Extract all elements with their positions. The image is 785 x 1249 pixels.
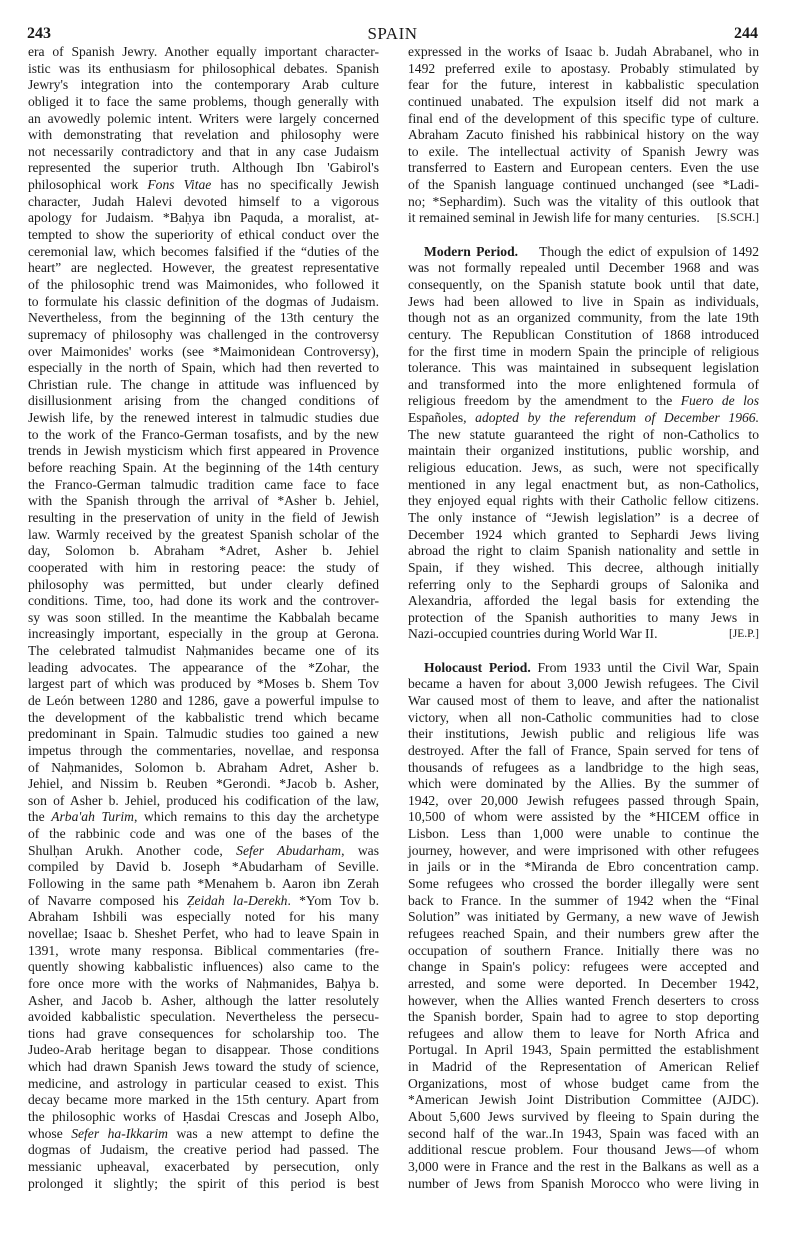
text-line: of Navarre composed his Ẓeidah la-Derekh… (28, 893, 379, 910)
text-line: Alexandria, afforded the legal basis for… (408, 593, 759, 610)
text-line: Jewry's integration into the contemporar… (28, 77, 379, 94)
text-line: apology for Judaism. *Baḥya ibn Paquda, … (28, 210, 379, 227)
text-line: victory, when all non-Catholic communiti… (408, 710, 759, 727)
text-line: with the Spanish through the arrival of … (28, 493, 379, 510)
text-line: 3,000 were in France and the rest in the… (408, 1159, 759, 1176)
text-line: before reaching Spain. At the beginning … (28, 460, 379, 477)
section-first-line: Holocaust Period. From 1933 until the Ci… (408, 660, 759, 677)
text-line: which were dominated by the Allies. By t… (408, 776, 759, 793)
text-line: December 1924 which granted to Sephardi … (408, 527, 759, 544)
text-line: change in Spain's policy: refugees were … (408, 959, 759, 976)
text-line: dogmas of Judaism, the creative period h… (28, 1142, 379, 1159)
text-line: no; *Sephardim). Such was the vitality o… (408, 194, 759, 211)
text-line: The new statute guaranteed the right of … (408, 427, 759, 444)
text-line: 10,500 of whom were assisted by the *HIC… (408, 809, 759, 826)
text-line: decay became more marked in the 15th cen… (28, 1092, 379, 1109)
text-line: century. The Republican Constitution of … (408, 327, 759, 344)
text-line: increasingly important, especially in th… (28, 626, 379, 643)
text-line: though not as an organized community, fr… (408, 310, 759, 327)
text-line: law. Warmly received by the greatest Spa… (28, 527, 379, 544)
text-line: with demonstrating that revelation and p… (28, 127, 379, 144)
text-line: was not formally repealed until December… (408, 260, 759, 277)
text-line: disillusionment arising from the changed… (28, 393, 379, 410)
text-line: The only instance of “Jewish legislation… (408, 510, 759, 527)
text-line: tolerance. This was maintained in subseq… (408, 360, 759, 377)
text-line: number of Jews from Spanish Morocco who … (408, 1176, 759, 1193)
text-line: however, when the Allies wanted French d… (408, 993, 759, 1010)
left-column: era of Spanish Jewry. Another equally im… (28, 44, 379, 1192)
text-line: philosophy was permitted, but under clea… (28, 577, 379, 594)
text-line: especially in the north of Spain, which … (28, 360, 379, 377)
text-line: expressed in the works of Isaac b. Judah… (408, 44, 759, 61)
italic-title: Fuero de los (681, 393, 759, 408)
author-signature: [S.SCH.] (717, 210, 759, 227)
text-line: medicine, and astrology in particular ce… (28, 1076, 379, 1093)
text-line: their institutions, Jewish public and re… (408, 726, 759, 743)
text-line: final end of the development of this spe… (408, 111, 759, 128)
text-line: over Maimonides' works (see *Maimonidean… (28, 344, 379, 361)
text-line: not necessarily contradictory and that i… (28, 144, 379, 161)
text-line: which had drawn Spanish Jews toward the … (28, 1059, 379, 1076)
text-line: 1391, wrote many responsa. Biblical comm… (28, 943, 379, 960)
text-line: the Franco-German talmudic tradition cam… (28, 477, 379, 494)
text-line: conditions. Time, too, had done its work… (28, 593, 379, 610)
text-line: arrested, and some were deported. In Dec… (408, 976, 759, 993)
text-line: cooperated with him in restoring peace: … (28, 560, 379, 577)
text-line: the Spanish border, Spain had to agree t… (408, 1009, 759, 1026)
text-line: Nazi-occupied countries during World War… (408, 626, 759, 643)
text-line: compiled by David b. Joseph *Abudarham o… (28, 859, 379, 876)
text-line: From 1933 until the Civil War, Spain (537, 660, 759, 675)
text-line: 1942, over 20,000 Jewish refugees passed… (408, 793, 759, 810)
text-line: fear for the future, interest in kabbali… (408, 77, 759, 94)
text-line: istic was its enthusiasm for philosophic… (28, 61, 379, 78)
text-line: era of Spanish Jewry. Another equally im… (28, 44, 379, 61)
text-line: to the work of the Franco-German tosafis… (28, 427, 379, 444)
italic-title: Sefer Abudarham (236, 843, 341, 858)
text-line: tempted to show the superiority of ethic… (28, 227, 379, 244)
text-line: avoided kabbalistic speculation. Neverth… (28, 1009, 379, 1026)
text-line: the Arba'ah Turim, which remains to this… (28, 809, 379, 826)
text-line: Organizations, most of whose budget came… (408, 1076, 759, 1093)
right-column: expressed in the works of Isaac b. Judah… (408, 44, 759, 1192)
italic-title: Fons Vitae (147, 177, 211, 192)
text-line: religious education. Jews, as such, were… (408, 460, 759, 477)
text-line: whose Sefer ha-Ikkarim was a new attempt… (28, 1126, 379, 1143)
text-line: Christian rule. The change in attitude w… (28, 377, 379, 394)
text-line: messianic upheaval, exacerbated by perse… (28, 1159, 379, 1176)
text-line: Shulḥan Arukh. Another code, Sefer Abuda… (28, 843, 379, 860)
text-line: day, Solomon b. Abraham *Adret, Asher b.… (28, 543, 379, 560)
text-line: for the first time in modern Spain the p… (408, 344, 759, 361)
text-line: became a haven for about 3,000 Jewish re… (408, 676, 759, 693)
text-line: philosophical work Fons Vitae has no spe… (28, 177, 379, 194)
text-line: they enjoyed equal rights with their Cat… (408, 493, 759, 510)
text-line: of the Spanish language continued unchan… (408, 177, 759, 194)
text-line: Jehiel, and Nissim b. Reuben *Gerondi. *… (28, 776, 379, 793)
text-line: fore once more with the works of Naḥmani… (28, 976, 379, 993)
text-line: Españoles, adopted by the referendum of … (408, 410, 759, 427)
text-line: leading advocates. The appearance of the… (28, 660, 379, 677)
text-line: About 5,600 Jews survived by fleeing to … (408, 1109, 759, 1126)
text-line: tions had grave consequences for scholar… (28, 1026, 379, 1043)
text-line: continued unabated. The expulsion itself… (408, 94, 759, 111)
text-line: the development of the kabbalistic trend… (28, 710, 379, 727)
author-signature: [JE.P.] (729, 626, 759, 643)
text-line: the philosophic works of Ḥasdai Crescas … (28, 1109, 379, 1126)
text-line: maintain their organized institutions, p… (408, 443, 759, 460)
running-title: SPAIN (0, 24, 785, 44)
text-line: represented the superior truth. Although… (28, 160, 379, 177)
text-line: supremacy of philosophy was challenged i… (28, 327, 379, 344)
text-line: religious freedom by the amendment to th… (408, 393, 759, 410)
text-line: predominant in Spain. Talmudic studies t… (28, 726, 379, 743)
section-heading: Holocaust Period. (424, 660, 531, 675)
text-line: impetus through the commentaries, novell… (28, 743, 379, 760)
text-line: novellae; Isaac b. Sheshet Perfet, who h… (28, 926, 379, 943)
text-line: destroyed. After the fall of France, Spa… (408, 743, 759, 760)
text-line: Spain, if they wished. This decree, alth… (408, 560, 759, 577)
text-line: Abraham Ishbili was especially noted for… (28, 909, 379, 926)
text-line: Jews had been allowed to live in Spain a… (408, 294, 759, 311)
text-line: Lisbon. Less than 1,000 were unable to c… (408, 826, 759, 843)
text-line: abroad the right to claim Spanish nation… (408, 543, 759, 560)
text-line: consequently, on the Spanish statute boo… (408, 277, 759, 294)
text-line: Asher, and Jacob b. Asher, although the … (28, 993, 379, 1010)
text-line: War caused most of them to leave, and af… (408, 693, 759, 710)
text-line: occupation of southern France. Initially… (408, 943, 759, 960)
text-line: refugees reached Spain, and their number… (408, 926, 759, 943)
text-line: transferred to Eastern and European cent… (408, 160, 759, 177)
text-line: ceremonial law, which becomes falsified … (28, 244, 379, 261)
italic-title: Sefer ha-Ikkarim (71, 1126, 168, 1141)
text-line: of the philosophic trend was Maimonides,… (28, 277, 379, 294)
italic-title: , adopted by the referendum of December … (463, 410, 759, 425)
text-line: Judeo-Arab heritage began to disappear. … (28, 1042, 379, 1059)
section-first-line: Modern Period. Though the edict of expul… (408, 244, 759, 261)
text-line: resulting in the preservation of unity i… (28, 510, 379, 527)
text-line: it remained seminal in Jewish life for m… (408, 210, 759, 227)
text-line: character, Judah Halevi devoted himself … (28, 194, 379, 211)
text-line: an avowedly polemic intent. Writers were… (28, 111, 379, 128)
text-line: back to France. In the summer of 1942 wh… (408, 893, 759, 910)
section-heading: Modern Period. (424, 244, 518, 259)
text-line: of Naḥmanides, Solomon b. Abraham Adret,… (28, 760, 379, 777)
text-line: in jails or in the *Miranda de Ebro conc… (408, 859, 759, 876)
text-line: thousands of refugees as a landbridge to… (408, 760, 759, 777)
text-line: referring only to the Sephardi groups of… (408, 577, 759, 594)
text-line: de León between 1280 and 1286, gave a po… (28, 693, 379, 710)
text-line: Following in the same path *Menahem b. A… (28, 876, 379, 893)
section-modern-period: Modern Period. Though the edict of expul… (408, 244, 759, 643)
text-line: son of Asher b. Jehiel, produced his cod… (28, 793, 379, 810)
text-line: trends in Jewish mysticism which first a… (28, 443, 379, 460)
text-line: second half of the war..In 1943, Spain w… (408, 1126, 759, 1143)
text-line: protection of the Spanish authorities to… (408, 610, 759, 627)
text-line: refugees and allow them to leave for Nor… (408, 1026, 759, 1043)
text-line: sy was soon stilled. In the meantime the… (28, 610, 379, 627)
intro-paragraph: expressed in the works of Isaac b. Judah… (408, 44, 759, 227)
text-line: Jewish life, by the renewed interest in … (28, 410, 379, 427)
text-line: of the rabbinic code and was one of the … (28, 826, 379, 843)
text-line: obliged it to face the same problems, th… (28, 94, 379, 111)
text-line: quently showing kabbalistic influences) … (28, 959, 379, 976)
italic-title: Arba'ah Turim (51, 809, 134, 824)
text-line: Portugal. In April 1943, Spain permitted… (408, 1042, 759, 1059)
text-line: prolonged it slightly; the spirit of thi… (28, 1176, 379, 1193)
page-number-right: 244 (734, 24, 758, 44)
text-line: Solution” was initiated by Germany, a ne… (408, 909, 759, 926)
text-line: largest part of which was produced by *M… (28, 676, 379, 693)
text-line: 1492 preferred exile to apostasy. Probab… (408, 61, 759, 78)
text-line: *American Jewish Joint Distribution Comm… (408, 1092, 759, 1109)
text-line: Though the edict of expulsion of 1492 (539, 244, 759, 259)
text-line: to exile. The intellectual activity of S… (408, 144, 759, 161)
text-line: in Madrid of the Representation of Ameri… (408, 1059, 759, 1076)
text-line: Abraham Zacuto finished his rabbinical h… (408, 127, 759, 144)
text-line: to formulate his classic definition of t… (28, 294, 379, 311)
text-line: heart” are neglected. However, the great… (28, 260, 379, 277)
text-line: additional rescue problem. Four thousand… (408, 1142, 759, 1159)
text-line: Nevertheless, from the beginning of the … (28, 310, 379, 327)
text-line: and transformed into the more enlightene… (408, 377, 759, 394)
section-holocaust-period: Holocaust Period. From 1933 until the Ci… (408, 660, 759, 1193)
text-line: mentioned in any legal enactment but, as… (408, 477, 759, 494)
text-line: The celebrated talmudist Naḥmanides beca… (28, 643, 379, 660)
italic-title: Ẓeidah la-Derekh (187, 893, 288, 908)
text-line: Some refugees who crossed the border ill… (408, 876, 759, 893)
text-line: journey, however, and were imprisoned wi… (408, 843, 759, 860)
